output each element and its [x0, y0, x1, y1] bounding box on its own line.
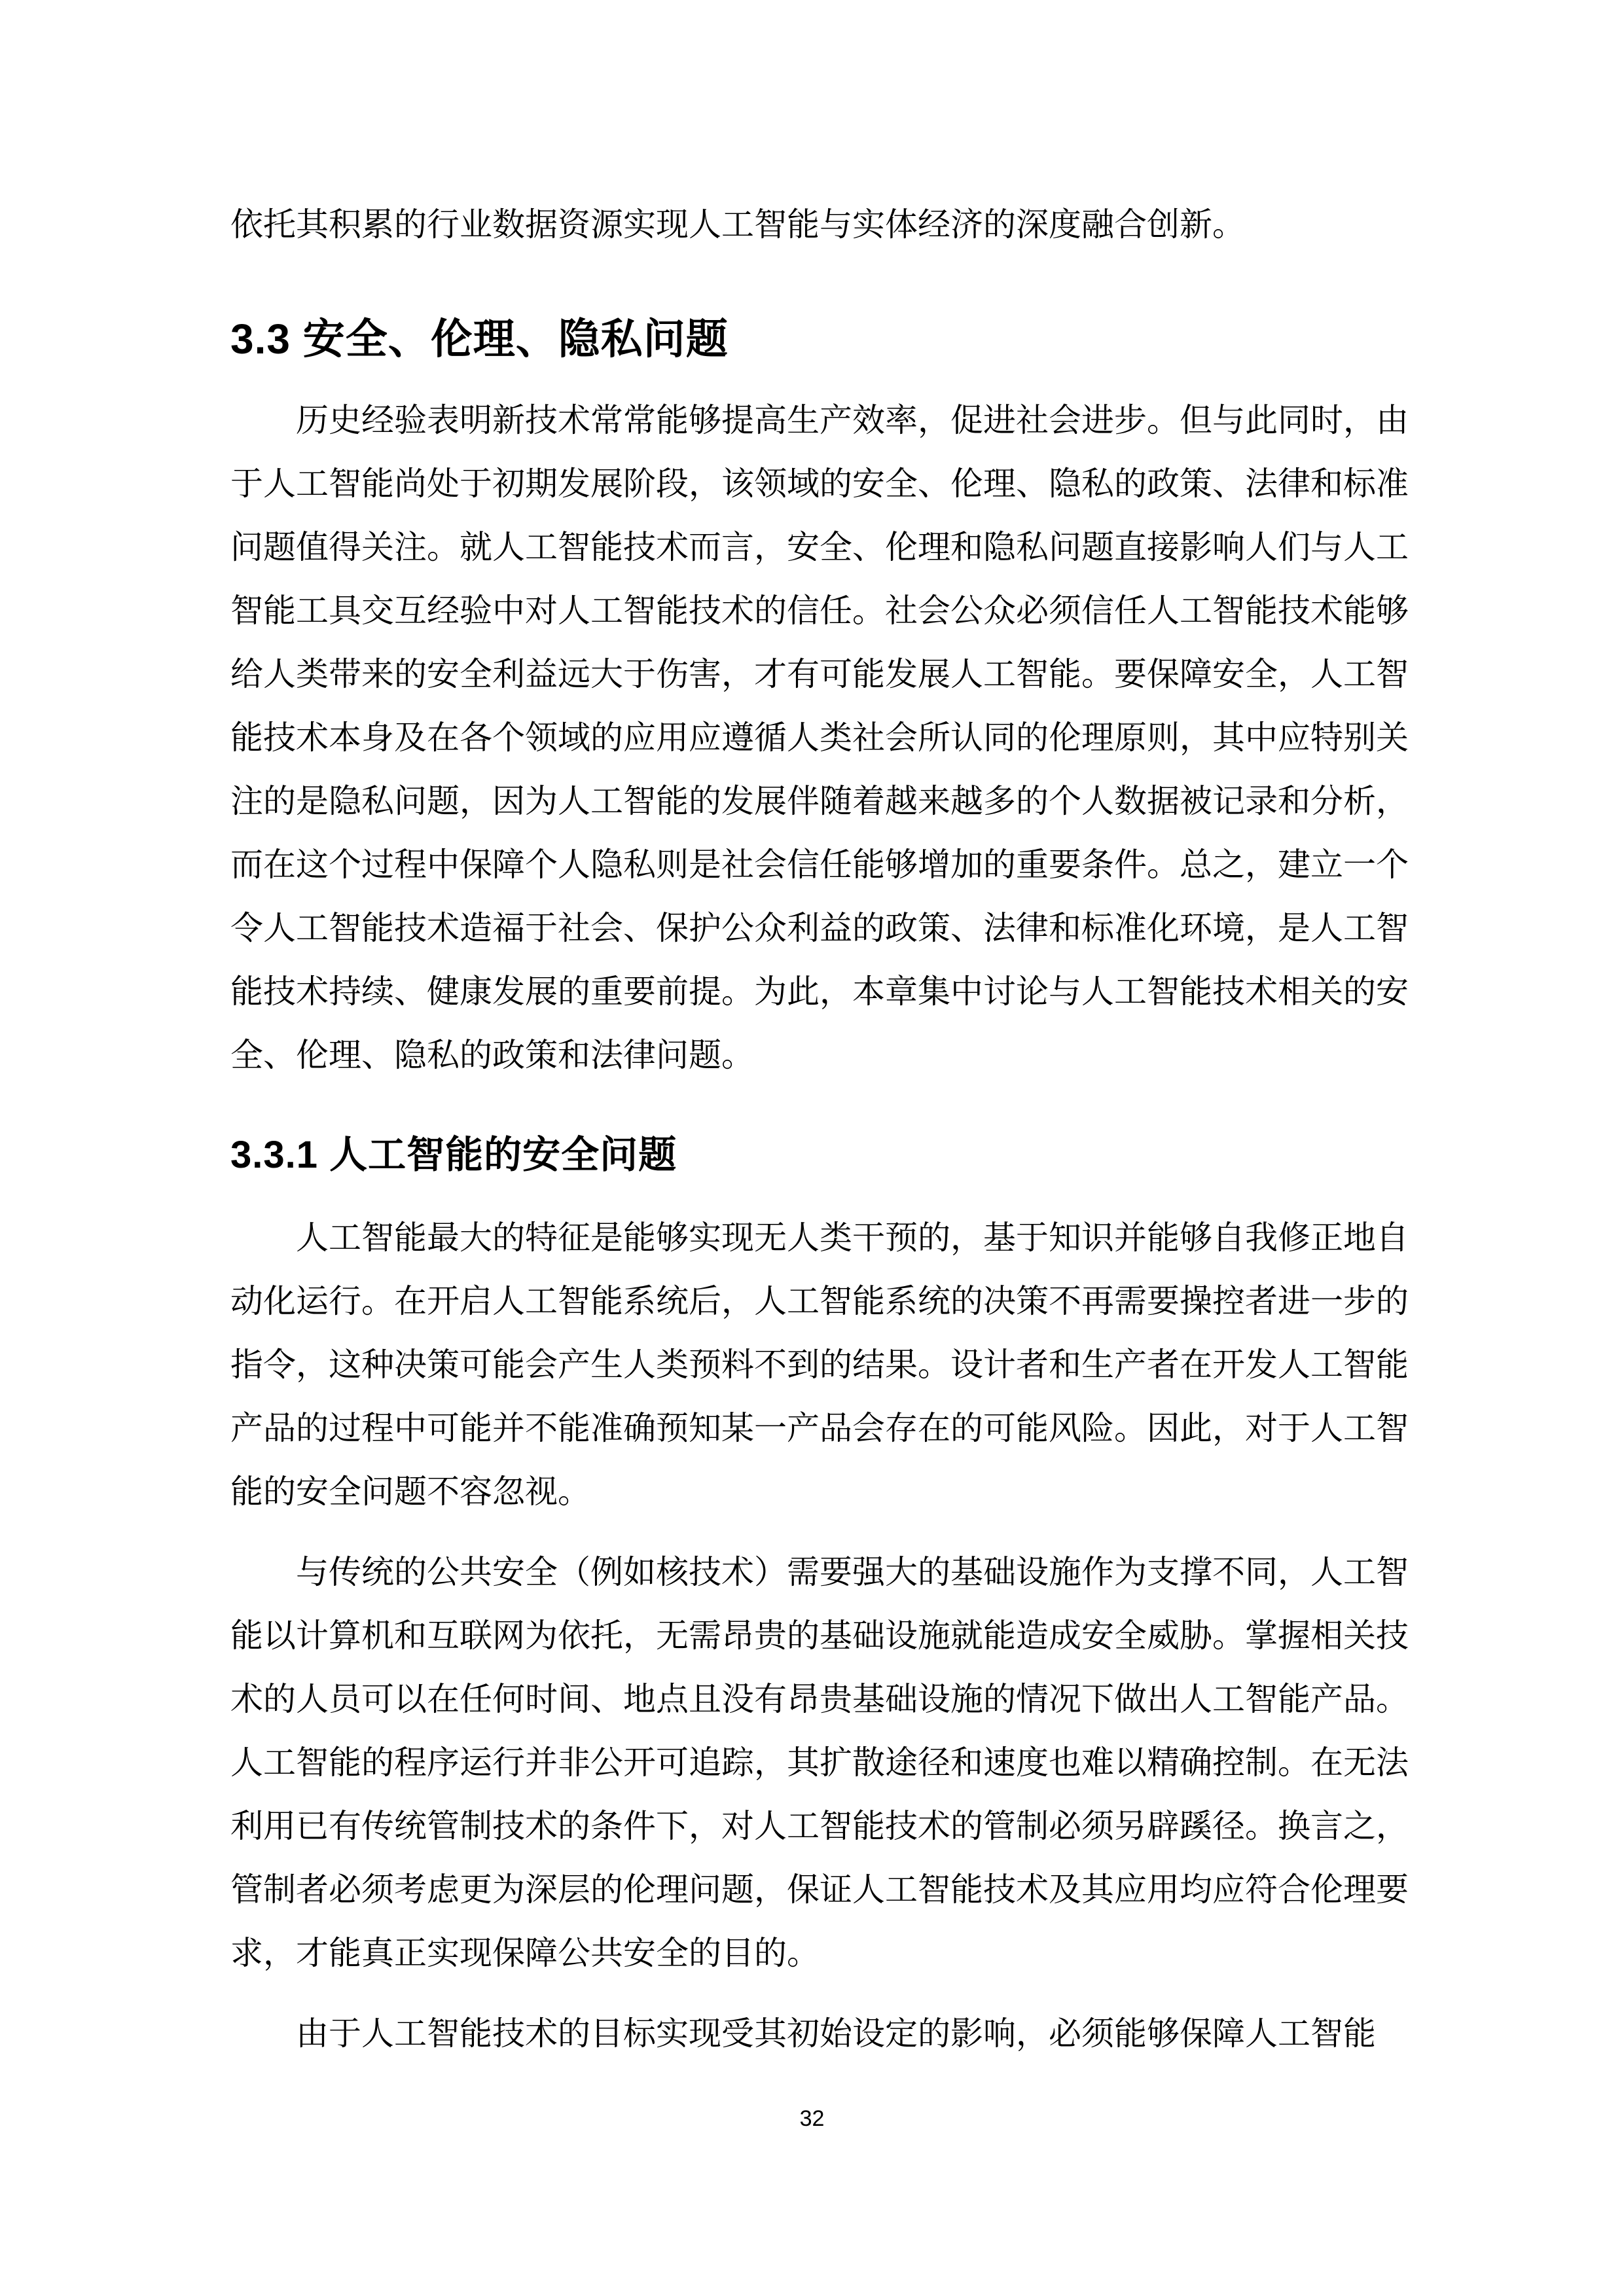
subsection-heading: 3.3.1 人工智能的安全问题 — [230, 1128, 1409, 1183]
document-page: 依托其积累的行业数据资源实现人工智能与实体经济的深度融合创新。 3.3 安全、伦… — [0, 0, 1624, 2296]
continued-paragraph: 依托其积累的行业数据资源实现人工智能与实体经济的深度融合创新。 — [230, 193, 1409, 257]
page-footer: 32 — [0, 2106, 1624, 2132]
section-heading: 3.3 安全、伦理、隐私问题 — [230, 309, 1409, 369]
page-content: 依托其积累的行业数据资源实现人工智能与实体经济的深度融合创新。 3.3 安全、伦… — [230, 0, 1409, 2066]
subsection-paragraph-3: 由于人工智能技术的目标实现受其初始设定的影响，必须能够保障人工智能 — [230, 2002, 1409, 2066]
section-paragraph: 历史经验表明新技术常常能够提高生产效率，促进社会进步。但与此同时，由于人工智能尚… — [230, 389, 1409, 1087]
subsection-paragraph-1: 人工智能最大的特征是能够实现无人类干预的，基于知识并能够自我修正地自动化运行。在… — [230, 1206, 1409, 1524]
page-number: 32 — [800, 2106, 825, 2131]
subsection-paragraph-2: 与传统的公共安全（例如核技术）需要强大的基础设施作为支撑不同，人工智能以计算机和… — [230, 1541, 1409, 1985]
